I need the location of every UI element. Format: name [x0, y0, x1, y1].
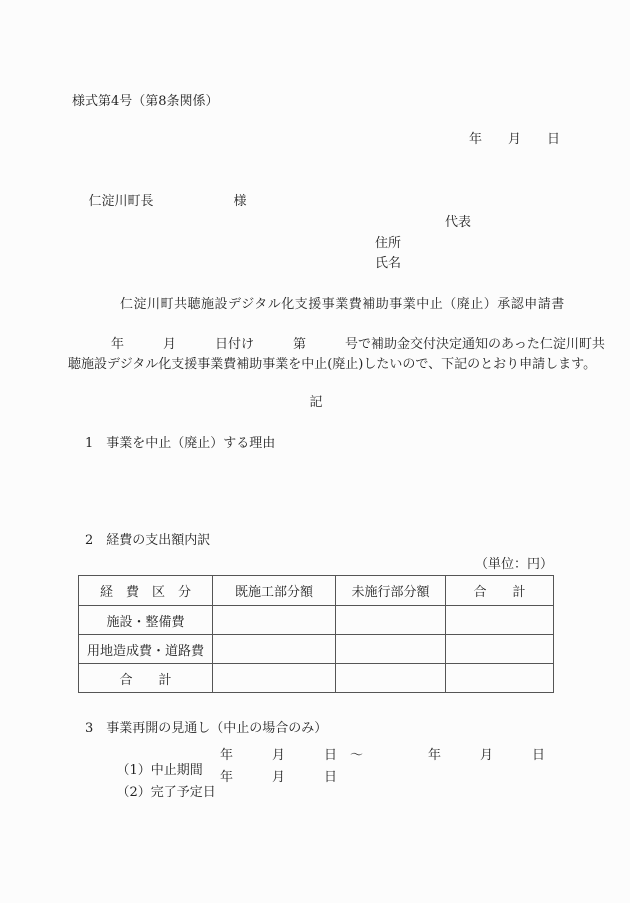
body-paragraph-line2: 聴施設デジタル化支援事業費補助事業を中止(廃止)したいので、下記のとおり申請しま… — [68, 357, 596, 374]
body-paragraph-line1: 年 月 日付け 第 号で補助金交付決定通知のあった仁淀川町共 — [72, 337, 605, 354]
section-3-heading: 3 事業再開の見通し（中止の場合のみ） — [85, 721, 327, 738]
table-cell-empty — [336, 664, 446, 693]
table-row: 施設・整備費 — [79, 606, 554, 635]
suspension-period-fields: 年 月 日 ～ 年 月 日 — [220, 744, 545, 763]
honorific-label: 様 — [234, 194, 247, 209]
table-cell-empty — [213, 635, 336, 664]
table-cell-empty — [446, 606, 554, 635]
row-label-facility-cost: 施設・整備費 — [79, 606, 213, 635]
issue-date-line: 年 月 日 — [72, 132, 560, 149]
col-header-total: 合 計 — [446, 576, 554, 606]
table-cell-empty — [213, 606, 336, 635]
col-header-unexecuted-portion: 未施行部分額 — [336, 576, 446, 606]
address-label: 住所 — [375, 236, 401, 253]
document-title: 仁淀川町共聴施設デジタル化支援事業費補助事業中止（廃止）承認申請書 — [120, 297, 565, 314]
table-cell-empty — [336, 606, 446, 635]
table-row: 用地造成費・道路費 — [79, 635, 554, 664]
table-cell-empty — [446, 635, 554, 664]
representative-label: 代表 — [445, 215, 471, 232]
table-cell-empty — [213, 664, 336, 693]
row-label-total: 合 計 — [79, 664, 213, 693]
completion-date-line: （2）完了予定日 年 月 日 — [100, 766, 216, 830]
form-number: 様式第4号（第8条関係） — [72, 94, 219, 111]
section-2-heading: 2 経費の支出額内訳 — [85, 533, 210, 550]
table-cell-empty — [446, 664, 554, 693]
table-row: 合 計 — [79, 664, 554, 693]
col-header-completed-portion: 既施工部分額 — [213, 576, 336, 606]
completion-date-fields: 年 月 日 — [220, 766, 337, 785]
document-page: 様式第4号（第8条関係） 年 月 日 仁淀川町長様 代表 住所 氏名 仁淀川町共… — [0, 0, 630, 903]
ki-marker: 記 — [72, 395, 560, 412]
table-header-row: 経 費 区 分 既施工部分額 未施行部分額 合 計 — [79, 576, 554, 606]
col-header-expense-category: 経 費 区 分 — [79, 576, 213, 606]
completion-date-label: （2）完了予定日 — [117, 785, 216, 800]
addressee-line: 仁淀川町長様 — [72, 177, 247, 228]
unit-label: （単位：円） — [72, 557, 553, 574]
section-1-heading: 1 事業を中止（廃止）する理由 — [85, 436, 275, 453]
table-cell-empty — [336, 635, 446, 664]
name-label: 氏名 — [375, 256, 401, 273]
cost-breakdown-table: 経 費 区 分 既施工部分額 未施行部分額 合 計 施設・整備費 用地造成費・道… — [78, 575, 554, 693]
addressee-name: 仁淀川町長 — [89, 194, 154, 209]
row-label-land-road-cost: 用地造成費・道路費 — [79, 635, 213, 664]
